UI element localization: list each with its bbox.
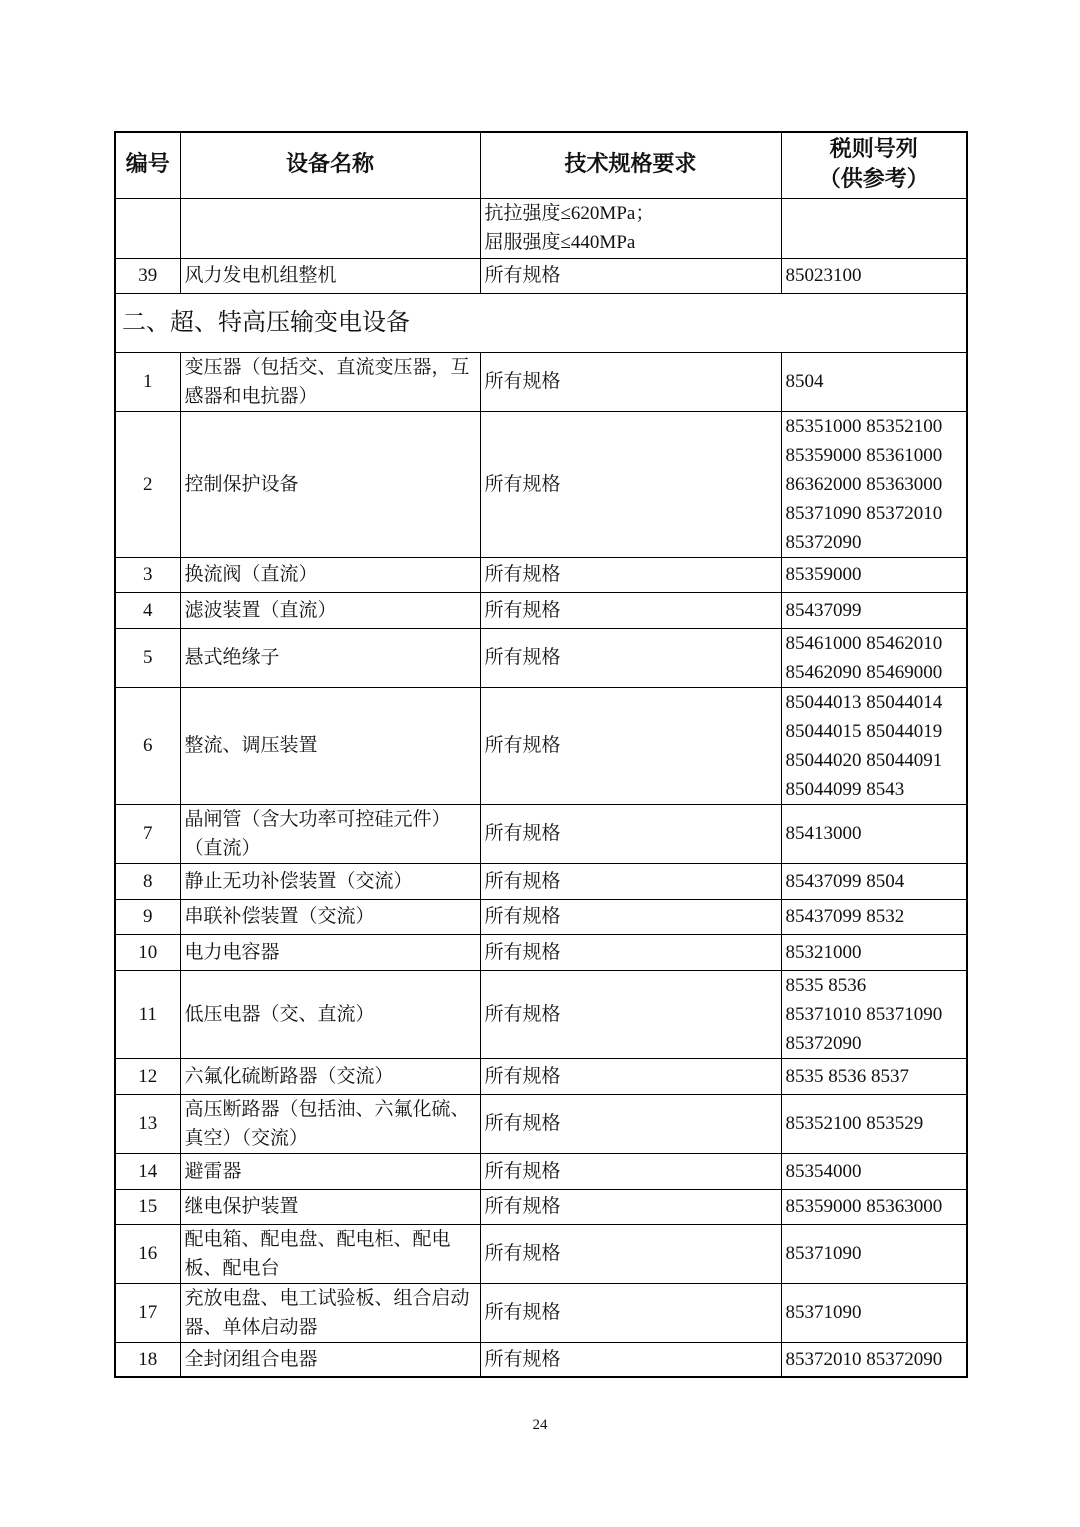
cell-name: 控制保护设备 — [180, 411, 480, 557]
cell-spec: 所有规格 — [480, 1189, 781, 1224]
table-row: 12 六氟化硫断路器（交流） 所有规格 8535 8536 8537 — [115, 1058, 967, 1094]
cell-name: 晶闸管（含大功率可控硅元件）（直流） — [180, 804, 480, 863]
table-row: 3 换流阀（直流） 所有规格 85359000 — [115, 557, 967, 592]
cell-num: 15 — [115, 1189, 180, 1224]
cell-spec: 所有规格 — [480, 687, 781, 804]
cell-num: 7 — [115, 804, 180, 863]
cell-spec: 所有规格 — [480, 934, 781, 970]
cell-spec: 抗拉强度≤620MPa； 屈服强度≤440MPa — [480, 198, 781, 258]
cell-tariff: 85354000 — [781, 1153, 967, 1189]
table-row: 17 充放电盘、电工试验板、组合启动器、单体启动器 所有规格 85371090 — [115, 1283, 967, 1342]
cell-spec: 所有规格 — [480, 352, 781, 411]
table-header-row: 编号 设备名称 技术规格要求 税则号列 （供参考） — [115, 132, 967, 198]
cell-num: 6 — [115, 687, 180, 804]
equipment-table: 编号 设备名称 技术规格要求 税则号列 （供参考） 抗拉强度≤620MPa； 屈… — [114, 131, 968, 1378]
table-row: 16 配电箱、配电盘、配电柜、配电板、配电台 所有规格 85371090 — [115, 1224, 967, 1283]
cell-spec: 所有规格 — [480, 557, 781, 592]
cell-tariff: 85437099 — [781, 592, 967, 628]
cell-name: 风力发电机组整机 — [180, 258, 480, 293]
cell-num: 18 — [115, 1342, 180, 1377]
cell-tariff: 85372010 85372090 — [781, 1342, 967, 1377]
cell-name: 六氟化硫断路器（交流） — [180, 1058, 480, 1094]
cell-tariff: 85461000 85462010 85462090 85469000 — [781, 628, 967, 687]
cell-num: 13 — [115, 1094, 180, 1153]
cell-num: 11 — [115, 970, 180, 1058]
table-row: 4 滤波装置（直流） 所有规格 85437099 — [115, 592, 967, 628]
cell-tariff: 85413000 — [781, 804, 967, 863]
cell-num: 9 — [115, 899, 180, 934]
table-row: 10 电力电容器 所有规格 85321000 — [115, 934, 967, 970]
cell-tariff: 85359000 — [781, 557, 967, 592]
cell-spec: 所有规格 — [480, 1094, 781, 1153]
cell-spec: 所有规格 — [480, 628, 781, 687]
cell-num: 16 — [115, 1224, 180, 1283]
cell-name: 换流阀（直流） — [180, 557, 480, 592]
cell-spec: 所有规格 — [480, 1342, 781, 1377]
cell-tariff: 85352100 853529 — [781, 1094, 967, 1153]
cell-name: 配电箱、配电盘、配电柜、配电板、配电台 — [180, 1224, 480, 1283]
cell-name: 低压电器（交、直流） — [180, 970, 480, 1058]
cell-name: 电力电容器 — [180, 934, 480, 970]
cell-name — [180, 198, 480, 258]
cell-tariff: 85437099 8504 — [781, 863, 967, 899]
cell-num: 10 — [115, 934, 180, 970]
cell-num — [115, 198, 180, 258]
cell-spec: 所有规格 — [480, 899, 781, 934]
table-row: 14 避雷器 所有规格 85354000 — [115, 1153, 967, 1189]
header-name: 设备名称 — [180, 132, 480, 198]
table-row: 9 串联补偿装置（交流） 所有规格 85437099 8532 — [115, 899, 967, 934]
cell-spec: 所有规格 — [480, 804, 781, 863]
cell-spec: 所有规格 — [480, 1058, 781, 1094]
table-row: 39 风力发电机组整机 所有规格 85023100 — [115, 258, 967, 293]
cell-num: 3 — [115, 557, 180, 592]
cell-num: 2 — [115, 411, 180, 557]
cell-tariff — [781, 198, 967, 258]
cell-tariff: 85044013 85044014 85044015 85044019 8504… — [781, 687, 967, 804]
table-row: 6 整流、调压装置 所有规格 85044013 85044014 8504401… — [115, 687, 967, 804]
cell-name: 串联补偿装置（交流） — [180, 899, 480, 934]
cell-name: 变压器（包括交、直流变压器，互感器和电抗器） — [180, 352, 480, 411]
cell-name: 悬式绝缘子 — [180, 628, 480, 687]
table-row: 18 全封闭组合电器 所有规格 85372010 85372090 — [115, 1342, 967, 1377]
cell-num: 39 — [115, 258, 180, 293]
cell-name: 整流、调压装置 — [180, 687, 480, 804]
cell-name: 高压断路器（包括油、六氟化硫、真空）（交流） — [180, 1094, 480, 1153]
cell-spec: 所有规格 — [480, 258, 781, 293]
cell-tariff: 8535 8536 85371010 85371090 85372090 — [781, 970, 967, 1058]
cell-num: 1 — [115, 352, 180, 411]
header-num: 编号 — [115, 132, 180, 198]
cell-spec: 所有规格 — [480, 863, 781, 899]
cell-tariff: 8535 8536 8537 — [781, 1058, 967, 1094]
cell-tariff: 85359000 85363000 — [781, 1189, 967, 1224]
cell-num: 5 — [115, 628, 180, 687]
cell-tariff: 85351000 85352100 85359000 85361000 8636… — [781, 411, 967, 557]
cell-tariff: 8504 — [781, 352, 967, 411]
cell-tariff: 85371090 — [781, 1224, 967, 1283]
table-row: 5 悬式绝缘子 所有规格 85461000 85462010 85462090 … — [115, 628, 967, 687]
cell-spec: 所有规格 — [480, 592, 781, 628]
cell-tariff: 85371090 — [781, 1283, 967, 1342]
cell-spec: 所有规格 — [480, 970, 781, 1058]
cell-tariff: 85321000 — [781, 934, 967, 970]
cell-tariff: 85023100 — [781, 258, 967, 293]
cell-spec: 所有规格 — [480, 411, 781, 557]
cell-spec: 所有规格 — [480, 1153, 781, 1189]
table-row: 7 晶闸管（含大功率可控硅元件）（直流） 所有规格 85413000 — [115, 804, 967, 863]
table-row: 15 继电保护装置 所有规格 85359000 85363000 — [115, 1189, 967, 1224]
header-tariff: 税则号列 （供参考） — [781, 132, 967, 198]
cell-name: 滤波装置（直流） — [180, 592, 480, 628]
cell-num: 17 — [115, 1283, 180, 1342]
cell-name: 避雷器 — [180, 1153, 480, 1189]
header-spec: 技术规格要求 — [480, 132, 781, 198]
cell-num: 8 — [115, 863, 180, 899]
table-row: 1 变压器（包括交、直流变压器，互感器和电抗器） 所有规格 8504 — [115, 352, 967, 411]
cell-spec: 所有规格 — [480, 1224, 781, 1283]
table-row: 抗拉强度≤620MPa； 屈服强度≤440MPa — [115, 198, 967, 258]
section-title: 二、超、特高压输变电设备 — [115, 293, 967, 352]
page-number: 24 — [0, 1417, 1080, 1434]
cell-num: 14 — [115, 1153, 180, 1189]
table-row: 13 高压断路器（包括油、六氟化硫、真空）（交流） 所有规格 85352100 … — [115, 1094, 967, 1153]
section-heading-row: 二、超、特高压输变电设备 — [115, 293, 967, 352]
cell-name: 充放电盘、电工试验板、组合启动器、单体启动器 — [180, 1283, 480, 1342]
cell-tariff: 85437099 8532 — [781, 899, 967, 934]
table-row: 2 控制保护设备 所有规格 85351000 85352100 85359000… — [115, 411, 967, 557]
cell-num: 12 — [115, 1058, 180, 1094]
cell-name: 继电保护装置 — [180, 1189, 480, 1224]
document-page: 编号 设备名称 技术规格要求 税则号列 （供参考） 抗拉强度≤620MPa； 屈… — [0, 0, 1080, 1527]
cell-name: 静止无功补偿装置（交流） — [180, 863, 480, 899]
cell-name: 全封闭组合电器 — [180, 1342, 480, 1377]
table-row: 8 静止无功补偿装置（交流） 所有规格 85437099 8504 — [115, 863, 967, 899]
table-row: 11 低压电器（交、直流） 所有规格 8535 8536 85371010 85… — [115, 970, 967, 1058]
cell-spec: 所有规格 — [480, 1283, 781, 1342]
cell-num: 4 — [115, 592, 180, 628]
